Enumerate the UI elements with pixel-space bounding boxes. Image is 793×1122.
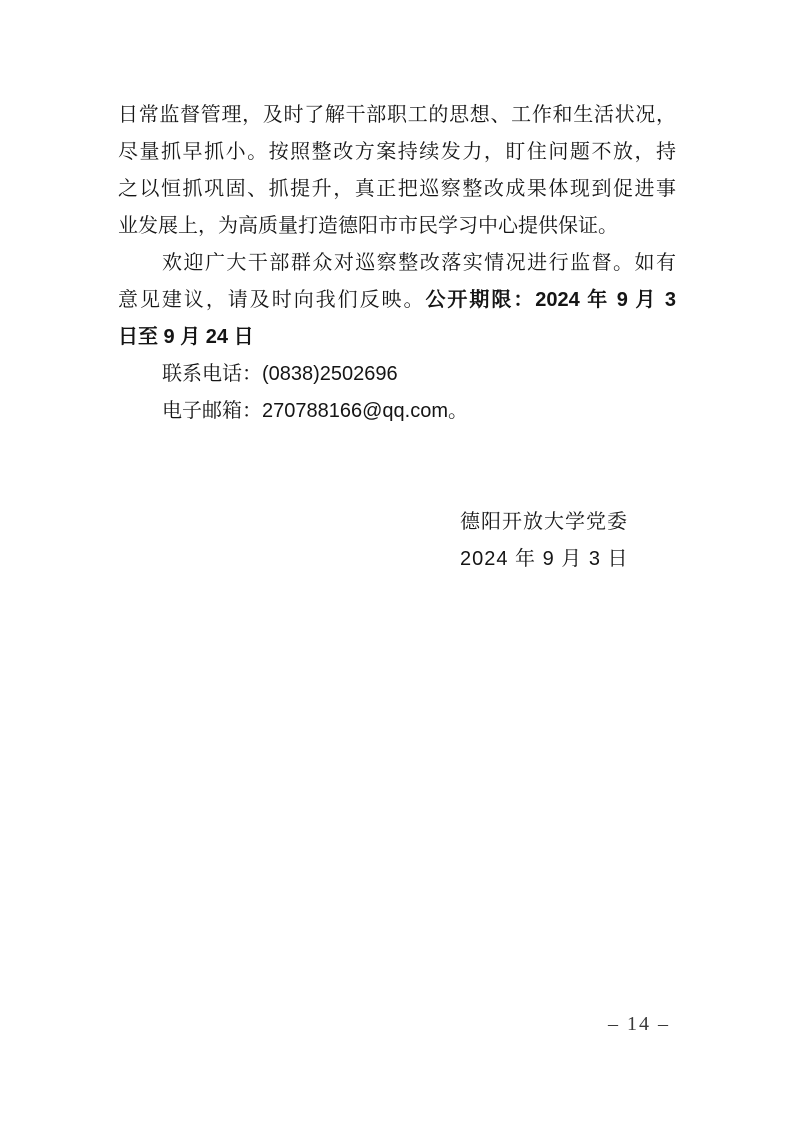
document-page: 日常监督管理，及时了解干部职工的思想、工作和生活状况， 尽量抓早抓小。按照整改方… — [0, 0, 793, 1122]
paragraph1-line4: 业发展上，为高质量打造德阳市市民学习中心提供保证。 — [118, 208, 676, 245]
paragraph2-line2-normal-text: 意见建议，请及时向我们反映。 — [118, 289, 425, 311]
signature-organization: 德阳开放大学党委 — [460, 504, 676, 541]
paragraph1-line2: 尽量抓早抓小。按照整改方案持续发力，盯住问题不放，持 — [118, 134, 676, 171]
contact-email-line: 电子邮箱：270788166@qq.com。 — [118, 393, 676, 430]
paragraph1-line1: 日常监督管理，及时了解干部职工的思想、工作和生活状况， — [118, 97, 676, 134]
signature-date: 2024 年 9 月 3 日 — [460, 541, 676, 578]
paragraph2-line1: 欢迎广大干部群众对巡察整改落实情况进行监督。如有 — [118, 245, 676, 282]
document-body: 日常监督管理，及时了解干部职工的思想、工作和生活状况， 尽量抓早抓小。按照整改方… — [118, 97, 676, 578]
page-number: – 14 – — [608, 1013, 670, 1036]
paragraph2-line2: 意见建议，请及时向我们反映。公开期限：2024 年 9 月 3 — [118, 282, 676, 319]
blank-space — [118, 430, 676, 504]
contact-phone-line: 联系电话：(0838)2502696 — [118, 356, 676, 393]
public-period-bold-text: 公开期限：2024 年 9 月 3 — [425, 289, 676, 311]
paragraph1-line3: 之以恒抓巩固、抓提升，真正把巡察整改成果体现到促进事 — [118, 171, 676, 208]
public-period-end-date: 日至 9 月 24 日 — [118, 319, 676, 356]
